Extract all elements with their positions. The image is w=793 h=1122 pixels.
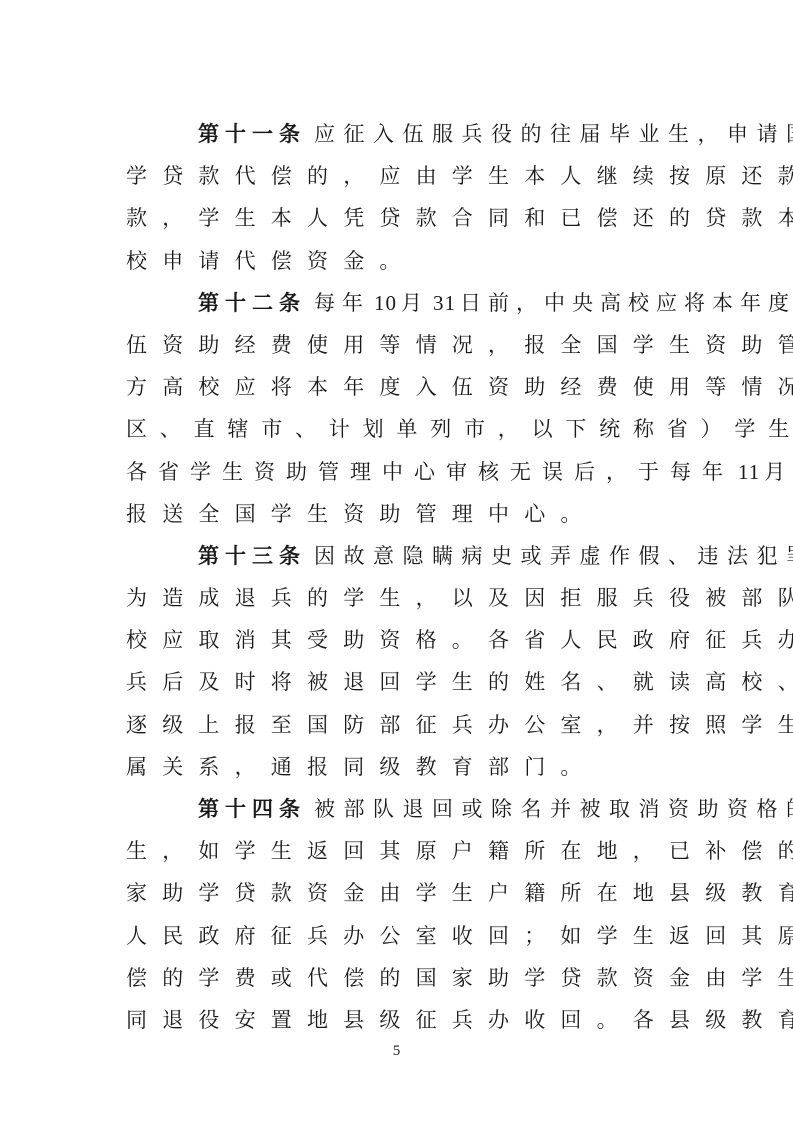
- paragraph-line: 学贷款代偿的，应由学生本人继续按原还款协议自行偿还贷: [126, 155, 676, 197]
- article-11-line-1: 第十一条应征入伍服兵役的往届毕业生，申请国家助: [126, 113, 676, 155]
- paragraph-line: 生，如学生返回其原户籍所在地，已补偿的学费或代偿的国: [126, 830, 676, 872]
- paragraph-line: 偿的学费或代偿的国家助学贷款资金由学生原就读高校会: [126, 957, 676, 999]
- paragraph-line: 各省学生资助管理中心审核无误后，于每年11月10日前，: [126, 451, 676, 493]
- paragraph-line: 家助学贷款资金由学生户籍所在地县级教育部门会同同级: [126, 872, 676, 914]
- article-13-line-1: 第十三条因故意隐瞒病史或弄虚作假、违法犯罪等行: [126, 535, 676, 577]
- paragraph-line: 属关系，通报同级教育部门。: [126, 746, 676, 788]
- date-number: 31: [433, 291, 456, 315]
- paragraph-text: 每年: [314, 291, 370, 315]
- article-11: 第十一条应征入伍服兵役的往届毕业生，申请国家助 学贷款代偿的，应由学生本人继续按…: [126, 113, 676, 282]
- document-body: 第十一条应征入伍服兵役的往届毕业生，申请国家助 学贷款代偿的，应由学生本人继续按…: [126, 113, 676, 1041]
- paragraph-text: 日前，中央高校应将本年度入: [460, 291, 793, 315]
- date-number: 10: [374, 291, 397, 315]
- article-label: 第十三条: [198, 544, 306, 568]
- paragraph-text: 应征入伍服兵役的往届毕业生，申请国家助: [314, 122, 793, 146]
- paragraph-line: 区、直辖市、计划单列市，以下统称省）学生资助管理中心；: [126, 408, 676, 450]
- paragraph-line: 伍资助经费使用等情况，报全国学生资助管理中心审核。地: [126, 324, 676, 366]
- paragraph-line: 校应取消其受助资格。各省人民政府征兵办公室应在接收退: [126, 619, 676, 661]
- paragraph-text: 各省学生资助管理中心审核无误后，于每年: [126, 460, 734, 484]
- paragraph-line: 同退役安置地县级征兵办收回。各县级教育部门和各高校应: [126, 999, 676, 1041]
- paragraph-line: 款，学生本人凭贷款合同和已偿还的贷款本息银行凭证向学: [126, 197, 676, 239]
- paragraph-line: 兵后及时将被退回学生的姓名、就读高校、退兵原因等情况: [126, 661, 676, 703]
- page-number: 5: [0, 1043, 793, 1060]
- paragraph-line: 为造成退兵的学生，以及因拒服兵役被部队除名的学生，高: [126, 577, 676, 619]
- article-12: 第十二条每年10月31日前，中央高校应将本年度入 伍资助经费使用等情况，报全国学…: [126, 282, 676, 535]
- article-13: 第十三条因故意隐瞒病史或弄虚作假、违法犯罪等行 为造成退兵的学生，以及因拒服兵役…: [126, 535, 676, 788]
- paragraph-text: 月: [401, 291, 429, 315]
- article-label: 第十一条: [198, 122, 306, 146]
- paragraph-text: 被部队退回或除名并被取消资助资格的学: [314, 797, 793, 821]
- article-14-line-1: 第十四条被部队退回或除名并被取消资助资格的学: [126, 788, 676, 830]
- article-14: 第十四条被部队退回或除名并被取消资助资格的学 生，如学生返回其原户籍所在地，已补…: [126, 788, 676, 1041]
- paragraph-text: 因故意隐瞒病史或弄虚作假、违法犯罪等行: [314, 544, 793, 568]
- paragraph-line: 报送全国学生资助管理中心。: [126, 493, 676, 535]
- article-12-line-1: 第十二条每年10月31日前，中央高校应将本年度入: [126, 282, 676, 324]
- paragraph-line: 逐级上报至国防部征兵办公室，并按照学生原就读高校的隶: [126, 704, 676, 746]
- article-label: 第十四条: [198, 797, 306, 821]
- paragraph-text: 月: [764, 460, 793, 484]
- date-number: 11: [738, 460, 760, 484]
- article-label: 第十二条: [198, 291, 306, 315]
- paragraph-line: 人民政府征兵办公室收回；如学生返回其原就读高校，已补: [126, 915, 676, 957]
- paragraph-line: 方高校应将本年度入伍资助经费使用等情况，报各省（自治: [126, 366, 676, 408]
- paragraph-line: 校申请代偿资金。: [126, 240, 676, 282]
- document-page: 第十一条应征入伍服兵役的往届毕业生，申请国家助 学贷款代偿的，应由学生本人继续按…: [0, 0, 793, 1122]
